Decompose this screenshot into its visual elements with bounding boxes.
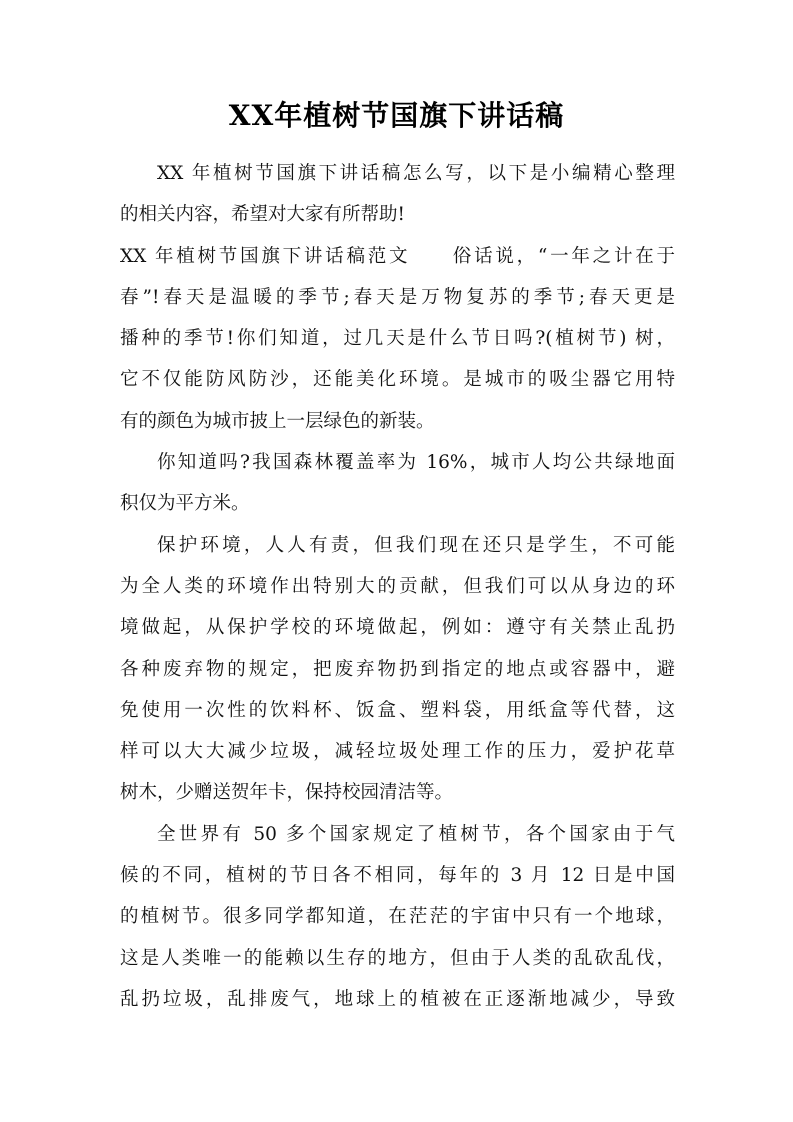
text-line: XX 年植树节国旗下讲话稿范文 俗话说，“一年之计在于 (120, 236, 675, 277)
text-line: 样可以大大减少垃圾，减轻垃圾处理工作的压力，爱护花草 (120, 731, 675, 772)
text-line: 有的颜色为城市披上一层绿色的新装。 (120, 401, 675, 442)
text-line: 候的不同，植树的节日各不相同，每年的 3 月 12 日是中国 (120, 855, 675, 896)
text-line: 播种的季节!你们知道，过几天是什么节日吗?(植树节) 树， (120, 318, 675, 359)
text-line: 乱扔垃圾，乱排废气，地球上的植被在正逐渐地减少，导致 (120, 979, 675, 1020)
document-body: XX 年植树节国旗下讲话稿怎么写，以下是小编精心整理 的相关内容，希望对大家有所… (120, 153, 675, 1020)
text-line: 保护环境，人人有责，但我们现在还只是学生，不可能 (120, 525, 675, 566)
text-line: 的相关内容，希望对大家有所帮助! (120, 194, 675, 235)
document-page: XX年植树节国旗下讲话稿 XX 年植树节国旗下讲话稿怎么写，以下是小编精心整理 … (0, 0, 793, 1122)
text-line: 积仅为平方米。 (120, 483, 675, 524)
text-line: 它不仅能防风防沙，还能美化环境。是城市的吸尘器它用特 (120, 359, 675, 400)
text-line: 境做起，从保护学校的环境做起，例如：遵守有关禁止乱扔 (120, 607, 675, 648)
text-line: 为全人类的环境作出特别大的贡献，但我们可以从身边的环 (120, 566, 675, 607)
text-line: 春”!春天是温暖的季节;春天是万物复苏的季节;春天更是 (120, 277, 675, 318)
document-title: XX年植树节国旗下讲话稿 (0, 96, 793, 136)
text-line: 这是人类唯一的能赖以生存的地方，但由于人类的乱砍乱伐， (120, 938, 675, 979)
text-line: 全世界有 50 多个国家规定了植树节，各个国家由于气 (120, 814, 675, 855)
text-line: 你知道吗?我国森林覆盖率为 16%，城市人均公共绿地面 (120, 442, 675, 483)
text-line: 免使用一次性的饮料杯、饭盒、塑料袋，用纸盒等代替，这 (120, 690, 675, 731)
text-line: XX 年植树节国旗下讲话稿怎么写，以下是小编精心整理 (120, 153, 675, 194)
text-line: 的植树节。很多同学都知道，在茫茫的宇宙中只有一个地球， (120, 896, 675, 937)
text-line: 各种废弃物的规定，把废弃物扔到指定的地点或容器中，避 (120, 649, 675, 690)
text-line: 树木，少赠送贺年卡，保持校园清洁等。 (120, 772, 675, 813)
